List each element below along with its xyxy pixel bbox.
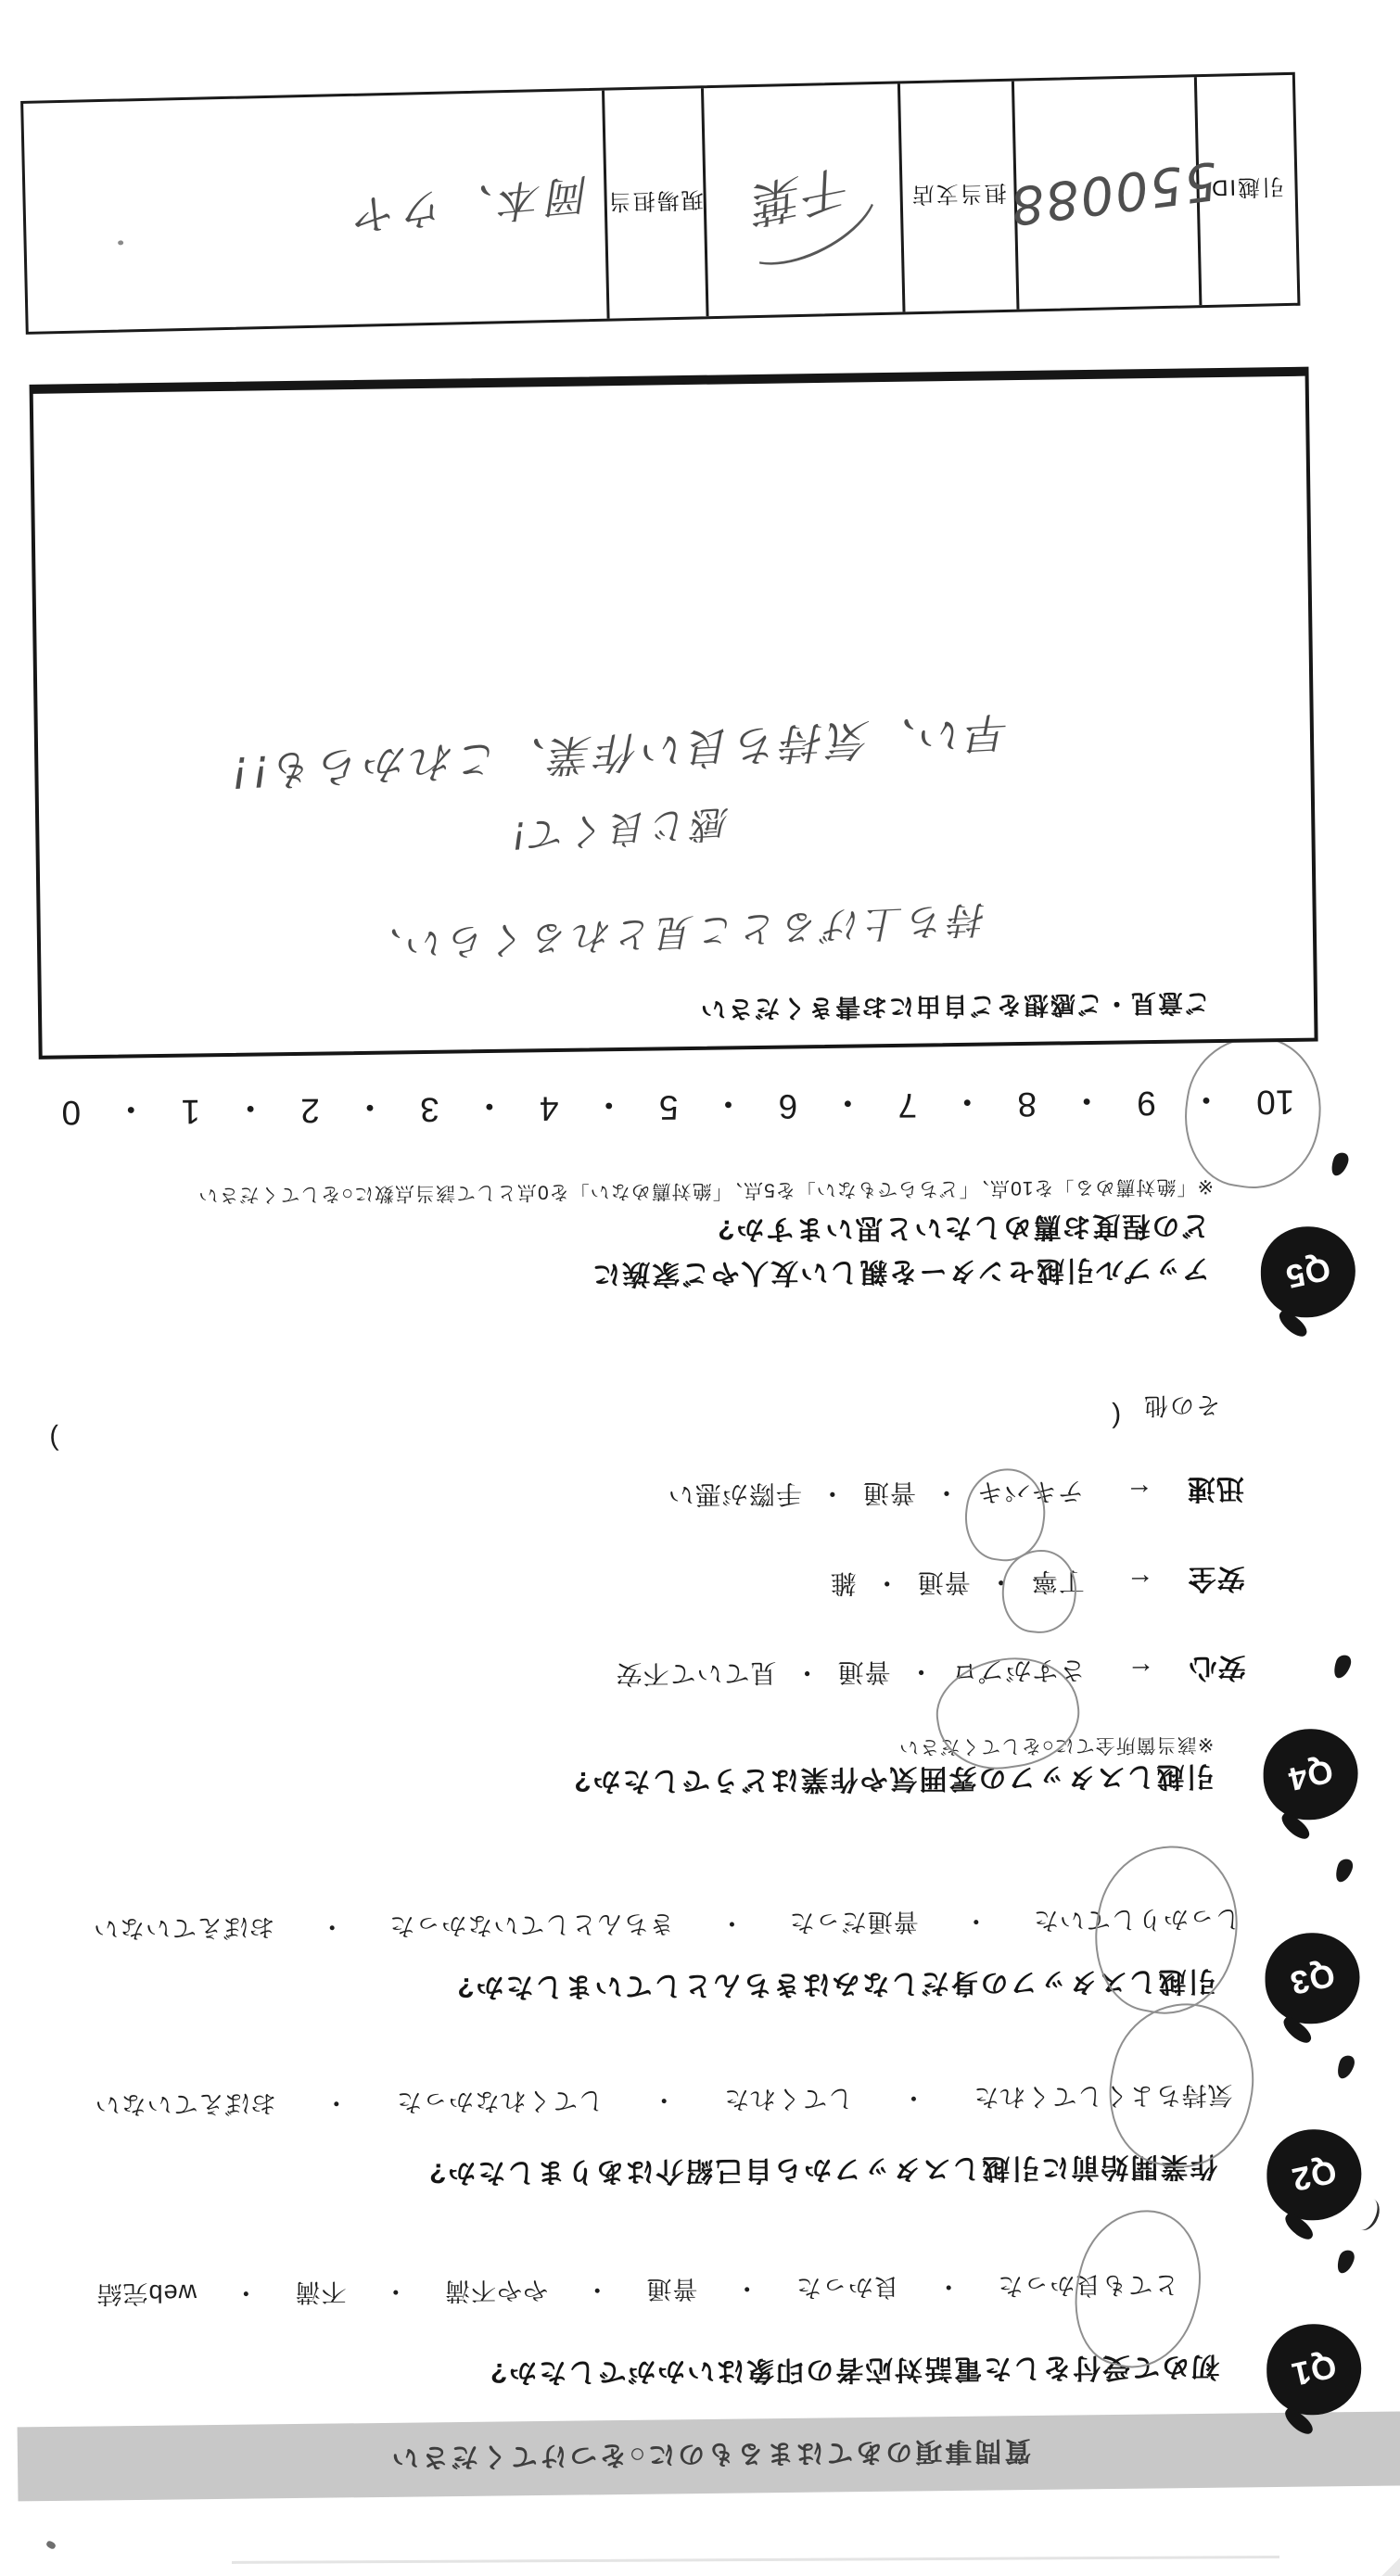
q5-note: ※「絶対薦める」を10点、「どちらでもない」を5点、「絶対薦めない」を0点として… [197, 1174, 1214, 1211]
option-separator: ・ [933, 1476, 960, 1513]
handwritten-branch: 千葉 [747, 156, 859, 244]
q1-option-3: 普通 [645, 2273, 697, 2309]
q4-row-anshin: 安心 ← さすがプロ ・ 普通 ・ 見ていて不安 [615, 1650, 1245, 1696]
scale-3: 3 [420, 1089, 439, 1128]
scanned-survey-sheet-rotated-180: 質問事項のあてはまるものに○をつけてください Q1 初めて受付をした電話対応者の… [0, 0, 1400, 2576]
scale-7: 7 [897, 1085, 917, 1124]
q2-question: 作業開始前に引越しスタッフから自己紹介はありましたか? [427, 2149, 1218, 2196]
q1-option-5: 不満 [294, 2276, 346, 2312]
scale-2: 2 [300, 1091, 320, 1130]
scale-separator: ・ [114, 1086, 148, 1136]
q2-badge-label: Q2 [1288, 2151, 1340, 2198]
option-separator: ・ [382, 2276, 408, 2312]
q3-badge-label: Q3 [1286, 1955, 1338, 2001]
option-separator: ・ [900, 2082, 926, 2118]
left-arrow-icon: ← [1126, 1567, 1154, 1598]
option-separator: ・ [651, 2084, 677, 2120]
q4-row1-option-2: 普通 [836, 1655, 890, 1693]
q1-option-6: web完結 [95, 2278, 197, 2315]
scale-separator: ・ [592, 1083, 626, 1133]
q4-row2-option-2: 普通 [917, 1565, 971, 1603]
q5-score-scale: 10 ・ 9 ・ 8 ・ 7 ・ 6 ・ 5 ・ 4 ・ 3 ・ 2 ・ 1 ・… [61, 1076, 1294, 1137]
option-separator: ・ [323, 2087, 349, 2123]
ink-speck [118, 240, 123, 245]
q5-badge: Q5 [1260, 1226, 1355, 1318]
q2-badge: Q2 [1266, 2129, 1362, 2221]
scale-separator: ・ [711, 1082, 745, 1132]
scale-9: 9 [1137, 1084, 1156, 1123]
q3-badge: Q3 [1265, 1933, 1360, 2024]
q1-option-2: 良かった [795, 2271, 899, 2308]
q2-option-4: おぼえていない [95, 2087, 276, 2126]
q4-other-close-paren: ) [49, 1423, 59, 1454]
scale-0: 0 [61, 1093, 81, 1132]
instruction-bar: 質問事項のあてはまるものに○をつけてください [18, 2411, 1400, 2501]
scale-5: 5 [659, 1087, 679, 1126]
option-separator: ・ [935, 2271, 961, 2307]
q4-row-jinsoku: 迅速 ← テキパキ ・ 普通 ・ 手際が悪い [668, 1471, 1244, 1516]
q1-option-4: やや不満 [444, 2274, 548, 2311]
q4-row2-label: 安全 [1188, 1561, 1245, 1603]
q4-other-open-paren: ( [1112, 1401, 1121, 1432]
q3-options: しっかりしていた ・ 普通だった ・ きちんとしていなかった ・ おぼえていない [93, 1903, 1241, 1949]
scale-separator: ・ [1069, 1078, 1103, 1128]
handwritten-circle-q5-score-10 [1175, 1027, 1331, 1198]
scale-6: 6 [779, 1086, 798, 1125]
q2-options: 気持ちよくしてくれた ・ してくれた ・ してくれなかった ・ おぼえていない [95, 2079, 1233, 2126]
handwritten-moving-id: 550088 [1006, 150, 1221, 236]
q3-option-2: 普通だった [789, 1906, 919, 1943]
option-separator: ・ [793, 1656, 820, 1693]
q4-row1-option-3: 見ていて不安 [615, 1656, 776, 1694]
site-staff-value-cell: 岡本、ウヤ [23, 91, 606, 332]
q4-row3-option-3: 手際が悪い [668, 1477, 802, 1515]
left-arrow-icon: ← [1126, 1656, 1154, 1687]
stray-ink-mark [1350, 2194, 1384, 2234]
option-separator: ・ [584, 2274, 610, 2310]
scale-separator: ・ [831, 1080, 865, 1130]
moving-id-value-cell: 550088 [1012, 77, 1200, 309]
q4-question: 引越しスタッフの雰囲気や作業はどうでしたか? [572, 1758, 1215, 1805]
option-separator: ・ [873, 1566, 900, 1603]
q4-row3-label: 迅速 [1187, 1471, 1244, 1513]
option-separator: ・ [962, 1905, 988, 1941]
scale-separator: ・ [352, 1085, 387, 1135]
q4-row3-option-2: 普通 [862, 1476, 916, 1514]
q4-other-label: その他 [1142, 1390, 1220, 1425]
q2-option-2: してくれた [723, 2083, 853, 2120]
q2-option-3: してくれなかった [396, 2085, 604, 2123]
handwritten-staff-name: 岡本、ウヤ [348, 166, 593, 249]
scale-separator: ・ [472, 1084, 506, 1134]
comment-box-label: ご意見・ご感想をご自由にお書きください [699, 986, 1210, 1030]
option-separator: ・ [719, 1908, 745, 1944]
q5-badge-label: Q5 [1282, 1249, 1334, 1295]
q4-badge: Q4 [1263, 1729, 1358, 1821]
q5-question-line2: どの程度お薦めしたいと思いますか? [716, 1208, 1210, 1253]
left-arrow-icon: ← [1125, 1477, 1153, 1508]
q3-option-4: おぼえていない [93, 1911, 274, 1949]
branch-value-cell: 千葉 [701, 83, 903, 316]
option-separator: ・ [319, 1910, 345, 1947]
q1-badge-label: Q1 [1288, 2346, 1340, 2392]
scale-8: 8 [1017, 1085, 1037, 1123]
option-separator: ・ [819, 1477, 846, 1514]
option-separator: ・ [233, 2277, 259, 2313]
q4-badge-label: Q4 [1285, 1751, 1337, 1797]
option-separator: ・ [733, 2272, 759, 2308]
q5-question-line1: アップル引越センターを親しい友人やご家族に [591, 1251, 1210, 1298]
staff-info-table: 引越ID 550088 担当支店 千葉 現場担当 岡本、ウヤ [20, 72, 1300, 335]
instruction-bar-text: 質問事項のあてはまるものに○をつけてください [389, 2434, 1032, 2480]
scale-1: 1 [181, 1092, 200, 1131]
q4-row2-option-3: 雑 [830, 1567, 857, 1604]
q3-option-3: きちんとしていなかった [388, 1908, 674, 1947]
scale-separator: ・ [233, 1085, 267, 1136]
site-staff-label-cell: 現場担当 [602, 88, 706, 318]
option-separator: ・ [907, 1655, 934, 1692]
scale-separator: ・ [950, 1079, 985, 1129]
q4-row1-label: 安心 [1188, 1650, 1245, 1692]
scale-4: 4 [540, 1088, 559, 1127]
branch-label-cell: 担当支店 [897, 82, 1017, 312]
q1-options: とても良かった ・ 良かった ・ 普通 ・ やや不満 ・ 不満 ・ web完結 [95, 2269, 1178, 2315]
q1-badge: Q1 [1266, 2324, 1362, 2416]
